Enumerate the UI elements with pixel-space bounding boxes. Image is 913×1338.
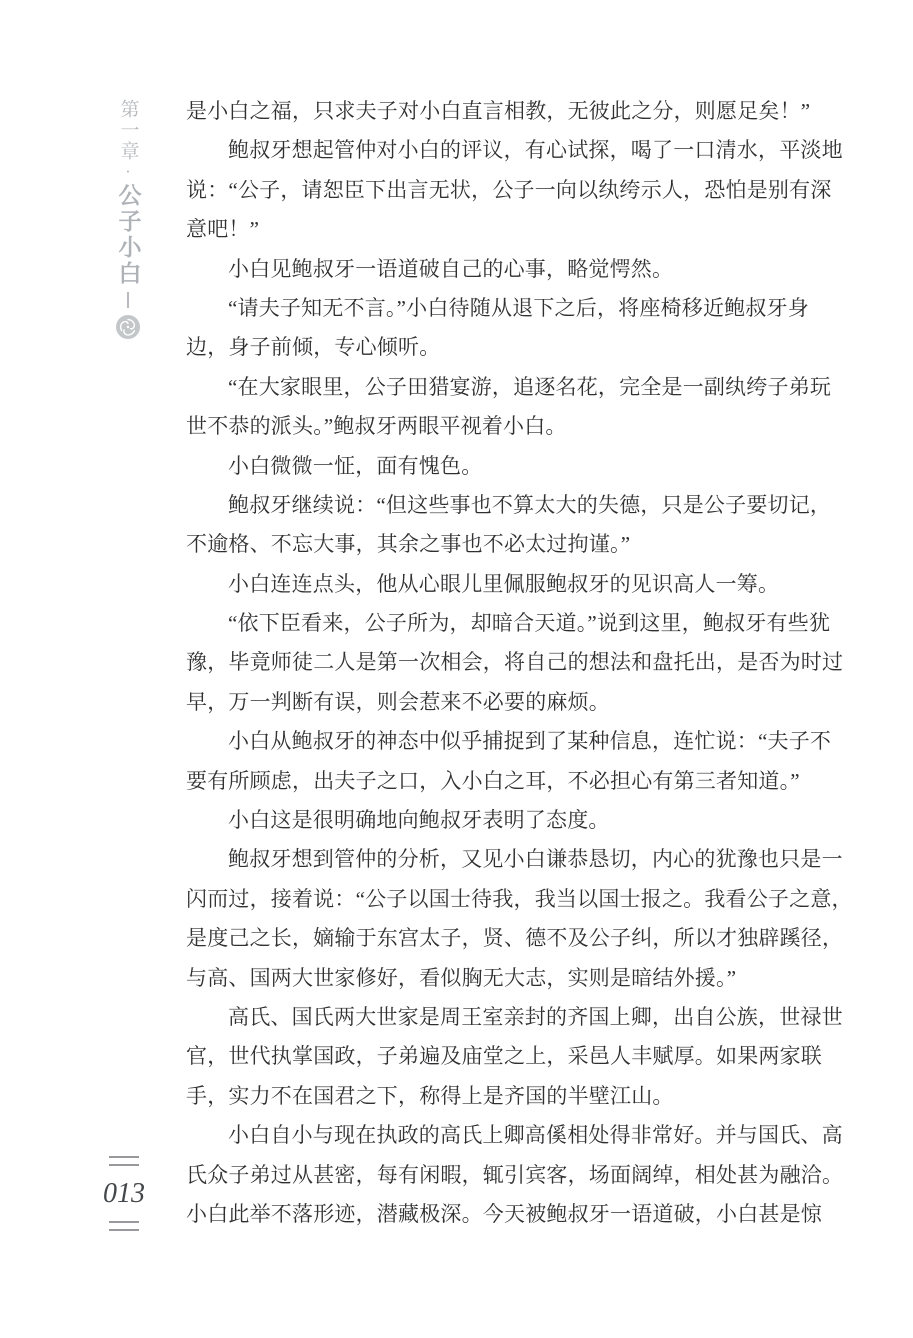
text-line: 不逾格、不忘大事，其余之事也不必太过拘谨。” <box>186 525 826 564</box>
chapter-sidebar: 第一章·公子小白 <box>111 99 145 340</box>
text-line: 说：“公子，请恕臣下出言无状，公子一向以纨绔示人，恐怕是别有深 <box>186 171 826 210</box>
text-line: 是度己之长，嫡输于东宫太子，贤、德不及公子纠，所以才独辟蹊径， <box>186 919 826 958</box>
body-text: 是小白之福，只求夫子对小白直言相教，无彼此之分，则愿足矣！”鲍叔牙想起管仲对小白… <box>186 92 826 1234</box>
text-line: 氏众子弟过从甚密，每有闲暇，辄引宾客，场面阔绰，相处甚为融洽。 <box>186 1156 826 1195</box>
folio-rule-bottom <box>109 1221 139 1231</box>
text-line: 小白自小与现在执政的高氏上卿高傒相处得非常好。并与国氏、高 <box>186 1116 826 1155</box>
text-line: 意吧！” <box>186 210 826 249</box>
text-line: 是小白之福，只求夫子对小白直言相教，无彼此之分，则愿足矣！” <box>186 92 826 131</box>
text-line: 高氏、国氏两大世家是周王室亲封的齐国上卿，出自公族，世禄世 <box>186 998 826 1037</box>
page-number: 013 <box>100 1179 148 1209</box>
text-line: 小白这是很明确地向鲍叔牙表明了态度。 <box>186 801 826 840</box>
text-line: 要有所顾虑，出夫子之口，入小白之耳，不必担心有第三者知道。” <box>186 762 826 801</box>
text-line: 小白连连点头，他从心眼儿里佩服鲍叔牙的见识高人一筹。 <box>186 565 826 604</box>
folio-rule-top <box>109 1156 139 1166</box>
text-line: 小白从鲍叔牙的神态中似乎捕捉到了某种信息，连忙说：“夫子不 <box>186 722 826 761</box>
text-line: “请夫子知无不言。”小白待随从退下之后，将座椅移近鲍叔牙身 <box>186 289 826 328</box>
text-line: 早，万一判断有误，则会惹来不必要的麻烦。 <box>186 683 826 722</box>
text-line: 手，实力不在国君之下，称得上是齐国的半壁江山。 <box>186 1077 826 1116</box>
text-line: 官，世代执掌国政，子弟遍及庙堂之上，采邑人丰赋厚。如果两家联 <box>186 1037 826 1076</box>
chapter-number: 第一章 <box>118 99 139 162</box>
title-dash <box>127 292 129 308</box>
page-number-block: 013 <box>100 1156 148 1231</box>
chapter-title: 公子小白 <box>116 183 141 287</box>
chapter-heading: 第一章·公子小白 <box>112 99 145 287</box>
chapter-separator: · <box>119 162 138 183</box>
text-line: “依下臣看来，公子所为，却暗合天道。”说到这里，鲍叔牙有些犹 <box>186 604 826 643</box>
text-line: 边，身子前倾，专心倾听。 <box>186 328 826 367</box>
text-line: 小白此举不落形迹，潜藏极深。今天被鲍叔牙一语道破，小白甚是惊 <box>186 1195 826 1234</box>
text-line: 小白见鲍叔牙一语道破自己的心事，略觉愕然。 <box>186 250 826 289</box>
book-page: 第一章·公子小白 是小白之福，只求夫子对小白直言相教，无彼此之分，则愿足矣！”鲍… <box>0 0 913 1338</box>
text-line: 世不恭的派头。”鲍叔牙两眼平视着小白。 <box>186 407 826 446</box>
text-line: 鲍叔牙继续说：“但这些事也不算太大的失德，只是公子要切记， <box>186 486 826 525</box>
text-line: 小白微微一怔，面有愧色。 <box>186 447 826 486</box>
text-line: 与高、国两大世家修好，看似胸无大志，实则是暗结外援。” <box>186 959 826 998</box>
text-line: “在大家眼里，公子田猎宴游，追逐名花，完全是一副纨绔子弟玩 <box>186 368 826 407</box>
text-line: 鲍叔牙想到管仲的分析，又见小白谦恭恳切，内心的犹豫也只是一 <box>186 840 826 879</box>
text-line: 鲍叔牙想起管仲对小白的评议，有心试探，喝了一口清水，平淡地 <box>186 131 826 170</box>
text-line: 豫，毕竟师徒二人是第一次相会，将自己的想法和盘托出，是否为时过 <box>186 643 826 682</box>
text-line: 闪而过，接着说：“公子以国士待我，我当以国士报之。我看公子之意， <box>186 880 826 919</box>
seal-icon <box>115 314 141 340</box>
